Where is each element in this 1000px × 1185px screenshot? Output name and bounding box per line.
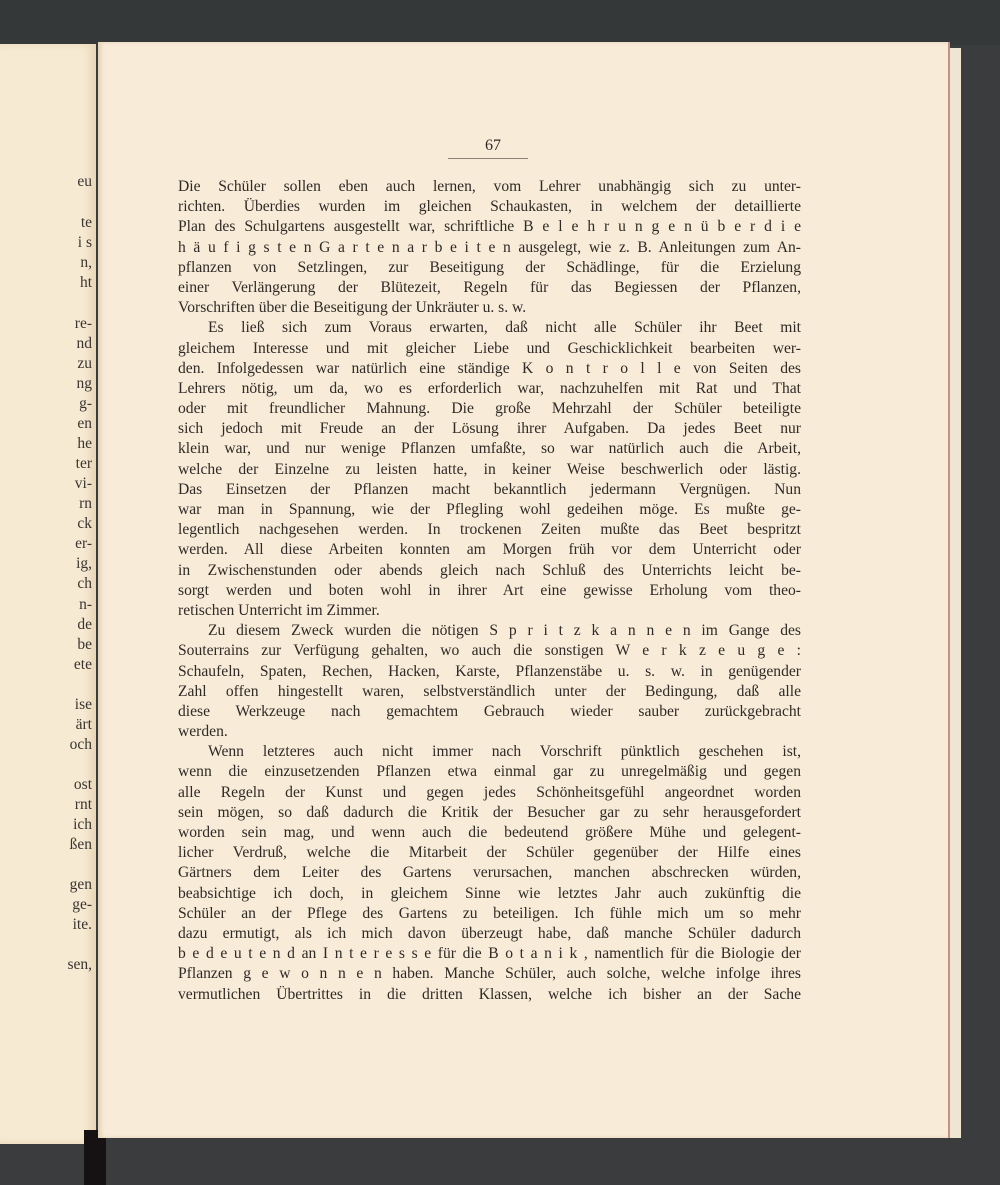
left-page-text-fragment: en xyxy=(77,415,92,433)
text-line: Es ließ sich zum Voraus erwarten, daß ni… xyxy=(178,318,801,338)
left-page-text-fragment: ich xyxy=(73,816,92,834)
left-page-text-fragment: n- xyxy=(79,596,92,614)
left-page-text-fragment: ge- xyxy=(72,896,92,914)
text-line: oder mit freundlicher Mahnung. Die große… xyxy=(178,399,801,419)
left-page-text-fragment: och xyxy=(70,736,92,754)
text-line: in Zwischenstunden oder abends gleich na… xyxy=(178,561,801,581)
text-line: dazu ermutigt, als ich mich davon überze… xyxy=(178,924,801,944)
text-line: beabsichtige ich doch, in gleichem Sinne… xyxy=(178,884,801,904)
text-line: worden sein mag, und wenn auch die bedeu… xyxy=(178,823,801,843)
left-page-text-fragment: ng xyxy=(77,375,93,393)
book-gutter xyxy=(84,1130,106,1185)
text-line: gleichem Interesse und mit gleicher Lieb… xyxy=(178,339,801,359)
left-page-text-fragment: ite. xyxy=(73,916,92,934)
left-page-text-fragment: he xyxy=(77,435,92,453)
left-page-text-fragment: ig, xyxy=(76,555,92,573)
text-line: licher Verdruß, welche die Mitarbeit der… xyxy=(178,843,801,863)
left-page-text-fragment: ete xyxy=(74,656,92,674)
left-page-text-fragment: zu xyxy=(77,355,92,373)
left-page-text-fragment: ost xyxy=(74,776,92,794)
text-line: Die Schüler sollen eben auch lernen, vom… xyxy=(178,177,801,197)
left-page-text-fragment: ht xyxy=(80,274,92,292)
left-page-text-fragment: er- xyxy=(75,535,92,553)
text-line: Plan des Schulgartens ausgestellt war, s… xyxy=(178,217,801,237)
text-line: Lehrers nötig, um da, wo es erforderlich… xyxy=(178,379,801,399)
text-line: klein war, und nur wenige Pflanzen umfaß… xyxy=(178,439,801,459)
left-page-text-fragment: rn xyxy=(79,495,92,513)
text-line: welche der Einzelne zu leisten hatte, in… xyxy=(178,460,801,480)
text-line: richten. Überdies wurden im gleichen Sch… xyxy=(178,197,801,217)
text-line: Wenn letzteres auch nicht immer nach Vor… xyxy=(178,742,801,762)
text-line: Gärtners dem Leiter des Gartens verursac… xyxy=(178,863,801,883)
text-line: Schüler an der Pflege des Gartens zu bet… xyxy=(178,904,801,924)
text-line: Vorschriften über die Beseitigung der Un… xyxy=(178,298,801,318)
left-page-text-fragment: vi- xyxy=(75,475,92,493)
left-page-text-fragment: sen, xyxy=(67,956,92,974)
left-page-text-fragment: de xyxy=(77,616,92,634)
text-line: pflanzen von Setzlingen, zur Beseitigung… xyxy=(178,258,801,278)
text-line: alle Regeln der Kunst und gegen jedes Sc… xyxy=(178,783,801,803)
left-page-text-fragment: eu xyxy=(77,173,92,191)
scanner-backdrop xyxy=(0,0,1000,45)
text-line: Zahl offen hingestellt waren, selbstvers… xyxy=(178,682,801,702)
left-page-text-fragment: n, xyxy=(80,254,92,272)
text-line: Schaufeln, Spaten, Rechen, Hacken, Karst… xyxy=(178,662,801,682)
text-line: Pflanzen g e w o n n e n haben. Manche S… xyxy=(178,964,801,984)
text-line: war man in Spannung, wie der Pflegling w… xyxy=(178,500,801,520)
text-line: einer Verlängerung der Blütezeit, Regeln… xyxy=(178,278,801,298)
text-line: Zu diesem Zweck wurden die nötigen S p r… xyxy=(178,621,801,641)
text-line: retischen Unterricht im Zimmer. xyxy=(178,601,801,621)
text-line: sorgt werden und boten wohl in ihrer Art… xyxy=(178,581,801,601)
left-page-text-fragment: be xyxy=(77,636,92,654)
text-line: vermutlichen Übertrittes in die dritten … xyxy=(178,985,801,1005)
left-page-text-fragment: gen xyxy=(70,876,92,894)
text-line: b e d e u t e n d an I n t e r e s s e f… xyxy=(178,944,801,964)
text-line: wenn die einzusetzenden Pflanzen etwa ei… xyxy=(178,762,801,782)
left-page-text-fragment: ck xyxy=(77,515,92,533)
left-page-text-fragment: ärt xyxy=(76,716,92,734)
left-page-text-fragment: re- xyxy=(75,315,92,333)
left-page-text-fragment: g- xyxy=(79,395,92,413)
text-line: sich jedoch mit Freude an der Lösung ihr… xyxy=(178,419,801,439)
text-line: h ä u f i g s t e n G a r t e n a r b e … xyxy=(178,238,801,258)
left-page-text-fragment: ch xyxy=(77,575,92,593)
text-line: werden. All diese Arbeiten konnten am Mo… xyxy=(178,540,801,560)
left-page-text-fragment: ise xyxy=(75,696,92,714)
text-line: Souterrains zur Verfügung gehalten, wo a… xyxy=(178,641,801,661)
left-page-text-fragment: nd xyxy=(77,335,93,353)
right-page: 67 Die Schüler sollen eben auch lernen, … xyxy=(98,42,950,1138)
left-page-text-fragment: te xyxy=(81,214,92,232)
text-line: werden. xyxy=(178,722,801,742)
text-line: den. Infolgedessen war natürlich eine st… xyxy=(178,359,801,379)
body-text: Die Schüler sollen eben auch lernen, vom… xyxy=(178,177,801,1005)
text-line: Das Einsetzen der Pflanzen macht bekannt… xyxy=(178,480,801,500)
left-page-text-fragment: ßen xyxy=(70,836,92,854)
left-page-text-fragment: i s xyxy=(78,234,92,252)
left-page: eutei sn,htre-ndzungg-enhetervi-rncker-i… xyxy=(0,44,96,1144)
text-line: legentlich nachgesehen werden. In trocke… xyxy=(178,520,801,540)
text-line: diese Werkzeuge nach gemachtem Gebrauch … xyxy=(178,702,801,722)
text-line: sein mögen, so daß dadurch die Kritik de… xyxy=(178,803,801,823)
page-number: 67 xyxy=(478,137,508,155)
page-number-rule xyxy=(448,158,528,159)
left-page-text-fragment: rnt xyxy=(75,796,92,814)
left-page-text-fragment: ter xyxy=(76,455,92,473)
